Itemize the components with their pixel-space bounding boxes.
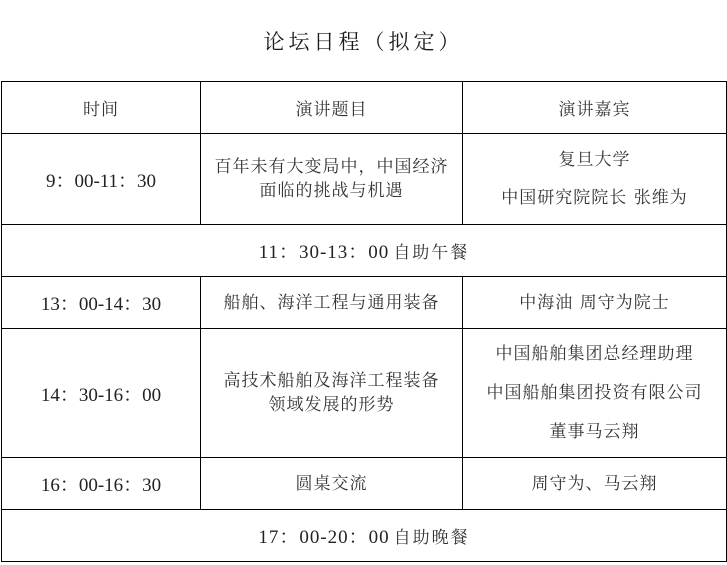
speaker-line: 董事马云翔 — [463, 413, 726, 452]
session-time: 14：30-16：00 — [2, 329, 201, 458]
topic-line: 高技术船舶及海洋工程装备 — [201, 369, 462, 393]
break-label: 自助午餐 — [393, 243, 469, 263]
header-topic: 演讲题目 — [201, 82, 463, 134]
table-row: 16：00-16：30 圆桌交流 周守为、马云翔 — [2, 458, 727, 510]
break-label: 自助晚餐 — [394, 528, 470, 548]
session-time: 9：00-11：30 — [2, 134, 201, 225]
table-row: 13：00-14：30 船舶、海洋工程与通用装备 中海油 周守为院士 — [2, 277, 727, 329]
speaker-line: 中国船舶集团投资有限公司 — [463, 374, 726, 413]
topic-line: 圆桌交流 — [201, 472, 462, 496]
break-cell: 17：00-20：00自助晚餐 — [2, 510, 727, 562]
session-speaker: 周守为、马云翔 — [463, 458, 727, 510]
session-speaker: 中海油 周守为院士 — [463, 277, 727, 329]
speaker-line: 周守为、马云翔 — [463, 465, 726, 503]
break-row: 17：00-20：00自助晚餐 — [2, 510, 727, 562]
topic-line: 百年未有大变局中，中国经济 — [201, 155, 462, 179]
break-time: 17：00-20：00 — [258, 527, 389, 548]
session-speaker: 中国船舶集团总经理助理 中国船舶集团投资有限公司 董事马云翔 — [463, 329, 727, 458]
session-topic: 圆桌交流 — [201, 458, 463, 510]
session-topic: 百年未有大变局中，中国经济 面临的挑战与机遇 — [201, 134, 463, 225]
schedule-table: 时间 演讲题目 演讲嘉宾 9：00-11：30 百年未有大变局中，中国经济 面临… — [1, 81, 727, 562]
table-row: 14：30-16：00 高技术船舶及海洋工程装备 领域发展的形势 中国船舶集团总… — [2, 329, 727, 458]
speaker-line: 中海油 周守为院士 — [463, 284, 726, 322]
break-row: 11：30-13：00自助午餐 — [2, 225, 727, 277]
speaker-line: 中国船舶集团总经理助理 — [463, 335, 726, 374]
header-speaker: 演讲嘉宾 — [463, 82, 727, 134]
topic-line: 领域发展的形势 — [201, 393, 462, 417]
speaker-line: 中国研究院院长 张维为 — [463, 179, 726, 217]
session-time: 13：00-14：30 — [2, 277, 201, 329]
break-time: 11：30-13：00 — [259, 242, 390, 263]
session-time: 16：00-16：30 — [2, 458, 201, 510]
topic-line: 面临的挑战与机遇 — [201, 179, 462, 203]
page-title: 论坛日程（拟定） — [0, 26, 727, 56]
table-header-row: 时间 演讲题目 演讲嘉宾 — [2, 82, 727, 134]
session-topic: 高技术船舶及海洋工程装备 领域发展的形势 — [201, 329, 463, 458]
topic-line: 船舶、海洋工程与通用装备 — [201, 291, 462, 315]
session-topic: 船舶、海洋工程与通用装备 — [201, 277, 463, 329]
speaker-line: 复旦大学 — [463, 141, 726, 179]
header-time: 时间 — [2, 82, 201, 134]
break-cell: 11：30-13：00自助午餐 — [2, 225, 727, 277]
session-speaker: 复旦大学 中国研究院院长 张维为 — [463, 134, 727, 225]
table-row: 9：00-11：30 百年未有大变局中，中国经济 面临的挑战与机遇 复旦大学 中… — [2, 134, 727, 225]
